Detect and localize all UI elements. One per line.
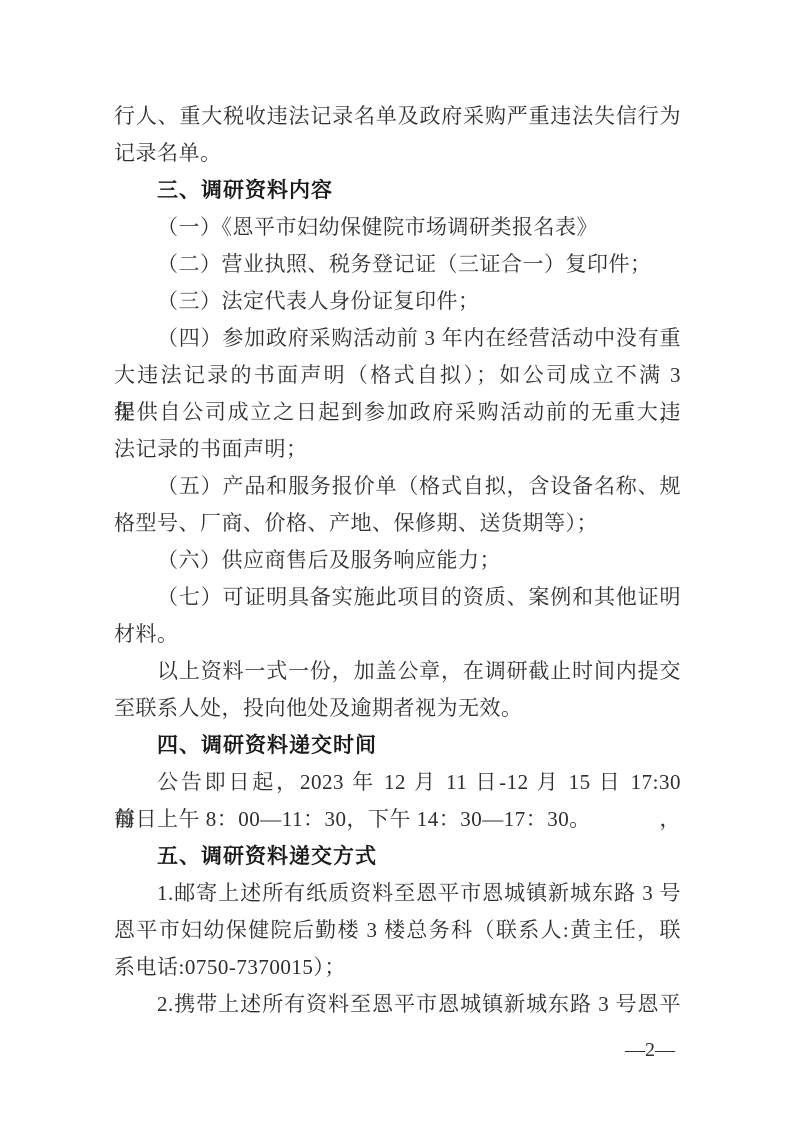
paragraph-end-line: 记录名单。: [114, 135, 681, 172]
method-1-line-1: 1.邮寄上述所有纸质资料至恩平市恩城镇新城东路 3 号: [114, 875, 681, 912]
list-item-2: （二）营业执照、税务登记证（三证合一）复印件；: [114, 246, 681, 283]
section-3-heading: 三、调研资料内容: [114, 172, 681, 209]
document-text-block: 行人、重大税收违法记录名单及政府采购严重违法失信行为 记录名单。 三、调研资料内…: [114, 98, 681, 1023]
method-2-line-1: 2.携带上述所有资料至恩平市恩城镇新城东路 3 号恩平: [114, 986, 681, 1023]
closing-note-line-2: 至联系人处，投向他处及逾期者视为无效。: [114, 690, 681, 727]
list-item-4-line-4: 法记录的书面声明；: [114, 431, 681, 468]
submission-time-line-1: 公告即日起，2023 年 12 月 11 日-12 月 15 日 17:30 前…: [114, 764, 681, 801]
list-item-5-line-1: （五）产品和服务报价单（格式自拟，含设备名称、规: [114, 468, 681, 505]
section-4-heading: 四、调研资料递交时间: [114, 727, 681, 764]
list-item-5-line-2: 格型号、厂商、价格、产地、保修期、送货期等）；: [114, 505, 681, 542]
page-number: —2—: [625, 1038, 675, 1062]
list-item-4-line-2: 大违法记录的书面声明（格式自拟）；如公司成立不满 3 年，: [114, 357, 681, 394]
list-item-6: （六）供应商售后及服务响应能力；: [114, 542, 681, 579]
list-item-7-line-2: 材料。: [114, 616, 681, 653]
method-1-line-2: 恩平市妇幼保健院后勤楼 3 楼总务科（联系人:黄主任，联: [114, 912, 681, 949]
section-5-heading: 五、调研资料递交方式: [114, 838, 681, 875]
list-item-4-line-1: （四）参加政府采购活动前 3 年内在经营活动中没有重: [114, 320, 681, 357]
list-item-4-line-3: 提供自公司成立之日起到参加政府采购活动前的无重大违: [114, 394, 681, 431]
closing-note-line-1: 以上资料一式一份，加盖公章，在调研截止时间内提交: [114, 653, 681, 690]
method-1-line-3: 系电话:0750-7370015）；: [114, 949, 681, 986]
list-item-3: （三）法定代表人身份证复印件；: [114, 283, 681, 320]
list-item-7-line-1: （七）可证明具备实施此项目的资质、案例和其他证明: [114, 579, 681, 616]
document-page: 行人、重大税收违法记录名单及政府采购严重违法失信行为 记录名单。 三、调研资料内…: [0, 0, 794, 1123]
paragraph-continuation-line: 行人、重大税收违法记录名单及政府采购严重违法失信行为: [114, 98, 681, 135]
list-item-1: （一）《恩平市妇幼保健院市场调研类报名表》: [114, 209, 681, 246]
